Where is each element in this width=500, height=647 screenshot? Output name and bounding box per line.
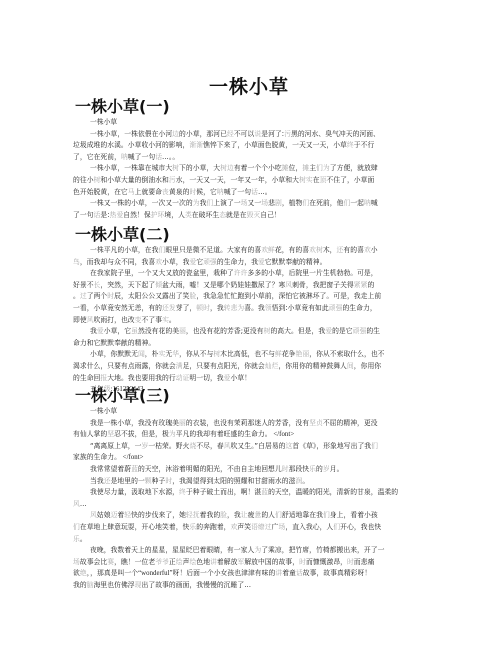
text-line: 一株小草，一株依偎在小河边的小草，那河已经不可以说是河了:污黑的河水、臭气冲天的… (73, 129, 425, 141)
text-line: 家族的生命力。 </font> (73, 452, 425, 464)
paragraph: 我爱小草，它虽然没有花的美丽，也没有花的芳香;更没有树的高大。但是，我爱的是它顽… (73, 326, 425, 349)
text-line: 了，它在死前，呐喊了一句话…。。 (73, 152, 425, 164)
text-line: 垃圾成堆的水溪。小草收小河的影响，渐渐憔悴下来了，小草面色脱黄，一天又一天，小草… (73, 140, 425, 152)
text-line: 鸟，而我却与众不同，我喜欢小草，我爱它顽强的生命力，我爱它默默奉献的精神。 (73, 257, 425, 269)
section-body: 我是一株小草，我没有玫瑰美丽的衣装，也没有茉莉那迷人的芳香，没有坚贞不屈的精神，… (73, 418, 425, 592)
text-line: 当我还是地里的一颗种子时，我渴望得到太阳的照耀和甘甜雨水的滋润。 (73, 476, 425, 488)
text-line: 我常常望着蔚蓝的天空，沐浴着明媚的阳光，不由自主地回想儿时那段快乐的岁月。 (73, 464, 425, 476)
text-line: 我的脑海里也仿佛浮现出了故事的画面，我慢慢的沉睡了… (73, 580, 425, 592)
section-body: 一株小草，一株依偎在小河边的小草，那河已经不可以说是河了:污黑的河水、臭气冲天的… (73, 129, 425, 222)
paragraph: “离离原上草，一岁一枯荣。野火烧不尽，春风吹又生。”白居易的这首《草》，形象地写… (73, 441, 425, 464)
section-sub-label: 一株小草 (73, 406, 425, 418)
text-line: 有仙人掌的坚忍不拔，但是，极为平凡的我却有着旺盛的生命力。 </font> (73, 429, 425, 441)
text-line: 命力和它默默奉献的精神。 (73, 338, 425, 350)
section-3: 一株小草(三) 一株小草 我是一株小草，我没有玫瑰美丽的衣装，也没有茉莉那迷人的… (73, 386, 425, 592)
text-line: 夜晚，我数着天上的星星，星星眨巴着眼睛，有一家人为了乘凉，把竹席，竹椅都搬出来，… (73, 545, 425, 557)
text-line: 在我家院子里，一个又大又放的瓷盆里，栽种了许许多多的小草，后院里一片生机勃勃。可… (73, 268, 425, 280)
text-line: 我使尽力量，汲取地下水源，终于种子破土而出，啊！湛蓝的天空，温暖的阳光，清新的甘… (73, 487, 425, 499)
section-body: 一株平凡的小草，在我们眼里只是微不足道。大家有的喜欢鲜花，有的喜欢树木，还有的喜… (73, 245, 425, 396)
text-line: 好景不长，突然，天下起了倾盆大雨，嘘！又是哪个奶娃娃撒尿了？寒风刺骨，我把窗子关… (73, 280, 425, 292)
text-line: 们在草地上肆意玩耍，开心地笑着，快乐的奔跑着，欢声笑语缭过广场，直入我心，人们开… (73, 522, 425, 534)
section-1: 一株小草(一) 一株小草 一株小草，一株依偎在小河边的小草，那河已经不可以说是河… (73, 97, 425, 221)
paragraph: 一株又一株的小草，一次又一次的为我们上演了一场又一场悲剧，植物们在死前，他们一起… (73, 198, 425, 221)
text-line: 一株小草，一株靠在城市大树下的小草，大树边有着一个个小吃摊位，摊主们为了方便，就… (73, 163, 425, 175)
text-line: 我是一株小草，我没有玫瑰美丽的衣装，也没有茉莉那迷人的芳香，没有坚贞不屈的精神，… (73, 418, 425, 430)
paragraph: 风姑娘迈着轻快的步伐来了，她轻抚着我的脸，我让疲惫的人们舒适地靠在我们身上，看着… (73, 510, 425, 545)
paragraph: 当我还是地里的一颗种子时，我渴望得到太阳的照耀和甘甜雨水的滋润。 (73, 476, 425, 488)
paragraph: 我是一株小草，我没有玫瑰美丽的衣装，也没有茉莉那迷人的芳香，没有坚贞不屈的精神，… (73, 418, 425, 441)
section-sub-label: 一株小草 (73, 117, 425, 129)
text-line: 小草，你默默无闻，朴实无华，你从不与树木比高低，也不与鲜花争艳丽，你从不索取什么… (73, 349, 425, 361)
text-line: 的往小树和小草大量的倒油水和污水，一天又一天，一年又一年，小草和大树实在顶不住了… (73, 175, 425, 187)
section-2: 一株小草(二) 一株平凡的小草，在我们眼里只是微不足道。大家有的喜欢鲜花，有的喜… (73, 225, 425, 396)
paragraph: 小草，你默默无闻，朴实无华，你从不与树木比高低，也不与鲜花争艳丽，你从不索取什么… (73, 349, 425, 384)
text-line: 渴求什么，只要有点雨露，你就会满足，只要有点阳光，你就会灿烂，你用你的精神鼓舞人… (73, 361, 425, 373)
text-line: 我爱小草，它虽然没有花的美丽，也没有花的芳香;更没有树的高大。但是，我爱的是它顽… (73, 326, 425, 338)
text-line: 欲绝，，那真是叫一个“wonderful”呀！后面一个小女孩也津津有味的讲着童话… (73, 568, 425, 580)
text-line: 色开始脱黄，在它马上就要命丧黄泉的时候，它呐喊了一句话…。 (73, 187, 425, 199)
text-line: 风姑娘迈着轻快的步伐来了，她轻抚着我的脸，我让疲惫的人们舒适地靠在我们身上，看着… (73, 510, 425, 522)
section-heading: 一株小草(二) (75, 225, 425, 245)
text-line: 了一句话是:热爱自然！保护环境，人类在破坏生态就是在毁灭自己！ (73, 210, 425, 222)
text-line: 的生命回报大地。我也要用我的行动证明一切，我爱小草！ (73, 373, 425, 385)
text-line: 。过了两个时辰，太阳公公又露出了笑脸，我急急忙忙跑到小草前，深怕它被淋坏了。可是… (73, 291, 425, 303)
section-heading: 一株小草(三) (75, 386, 425, 406)
text-line: “离离原上草，一岁一枯荣。野火烧不尽，春风吹又生。”白居易的这首《草》，形象地写… (73, 441, 425, 453)
paragraph: 一株小草，一株靠在城市大树下的小草，大树边有着一个个小吃摊位，摊主们为了方便，就… (73, 163, 425, 198)
paragraph: 一株平凡的小草，在我们眼里只是微不足道。大家有的喜欢鲜花，有的喜欢树木，还有的喜… (73, 245, 425, 268)
text-line: 一株又一株的小草，一次又一次的为我们上演了一场又一场悲剧，植物们在死前，他们一起… (73, 198, 425, 210)
text-line: 一株平凡的小草，在我们眼里只是微不足道。大家有的喜欢鲜花，有的喜欢树木，还有的喜… (73, 245, 425, 257)
paragraph: 一株小草，一株依偎在小河边的小草，那河已经不可以说是河了:污黑的河水、臭气冲天的… (73, 129, 425, 164)
section-heading: 一株小草(一) (75, 97, 425, 117)
paragraph: 在我家院子里，一个又大又放的瓷盆里，栽种了许许多多的小草，后院里一片生机勃勃。可… (73, 268, 425, 326)
paragraph: 我常常望着蔚蓝的天空，沐浴着明媚的阳光，不由自主地回想儿时那段快乐的岁月。 (73, 464, 425, 476)
text-line: 场故事会比赛，瞧！一位老爷爷正绘声绘色地讲着解放军解放中国的故事，时而慷慨激昂，… (73, 557, 425, 569)
text-line: 风… (73, 499, 425, 511)
document-title: 一株小草 (73, 72, 425, 99)
paragraph: 夜晚，我数着天上的星星，星星眨巴着眼睛，有一家人为了乘凉，把竹席，竹椅都搬出来，… (73, 545, 425, 591)
text-line: 即使风吹雨打，也改变不了事实。 (73, 315, 425, 327)
paragraph: 我使尽力量，汲取地下水源，终于种子破土而出，啊！湛蓝的天空，温暖的阳光，清新的甘… (73, 487, 425, 510)
text-line: 乐。 (73, 534, 425, 546)
text-line: 一看，小草竟安然无恙，有的还发芽了，顿时，我转悲为喜。我领悟到:小草竟有如此顽强… (73, 303, 425, 315)
